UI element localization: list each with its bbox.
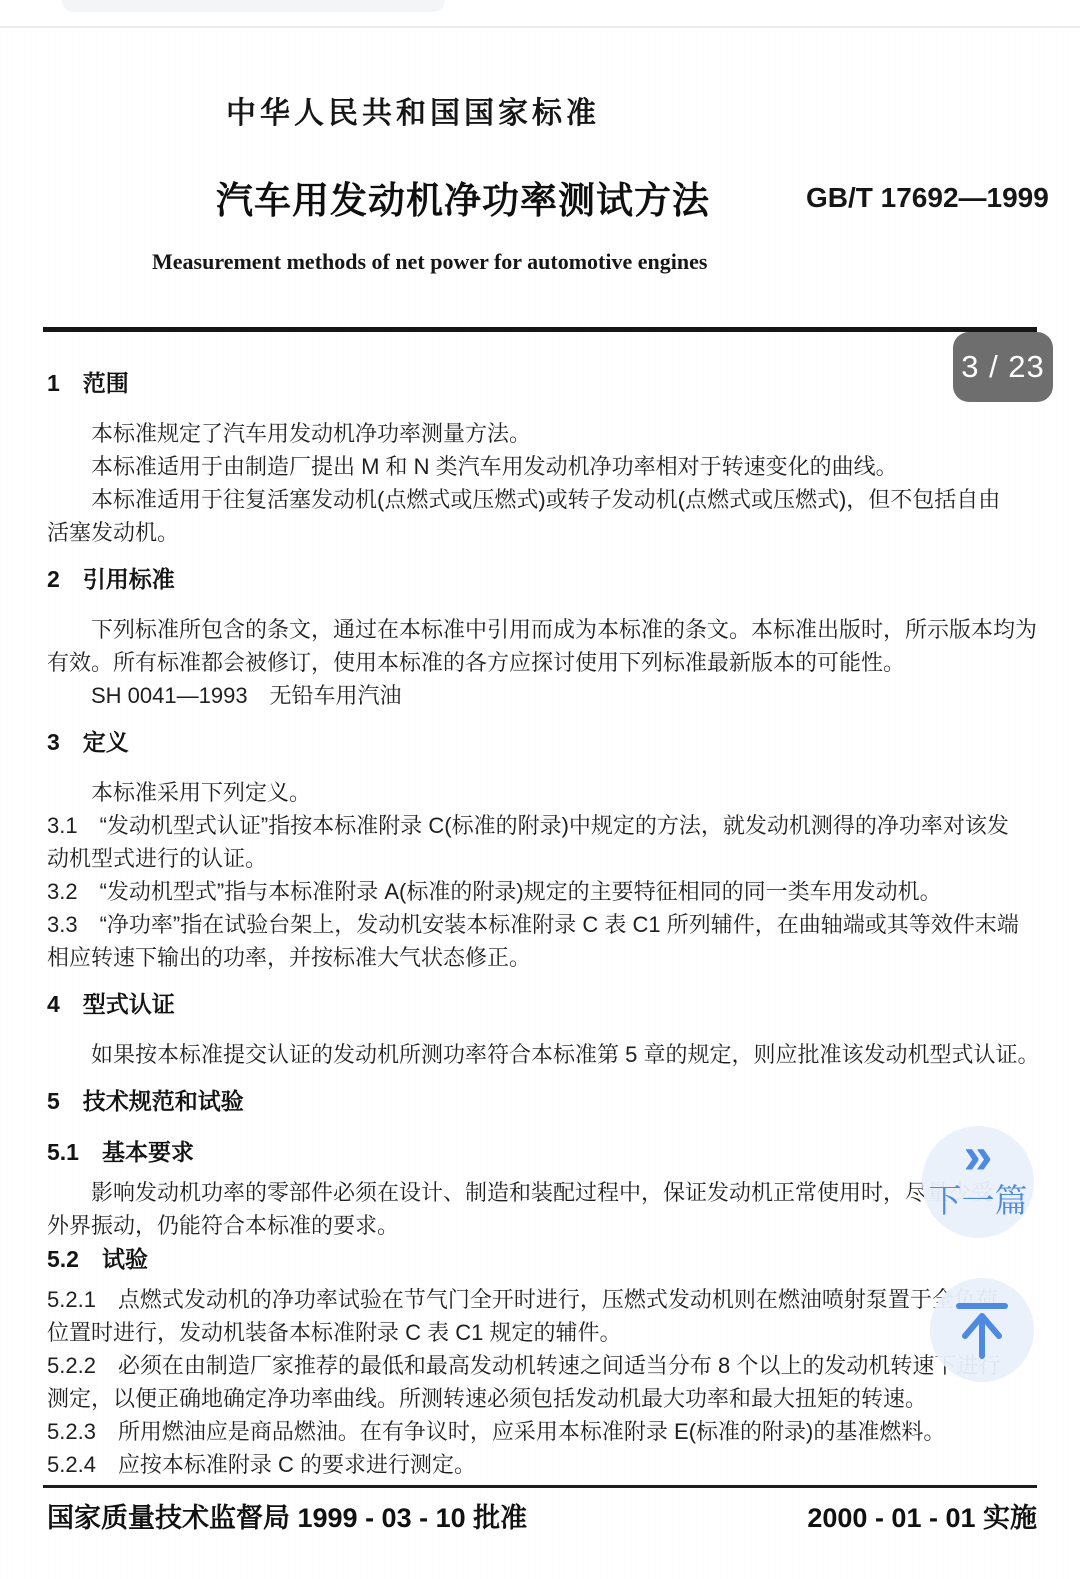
doc-heading: 5.1 基本要求: [47, 1135, 1052, 1169]
doc-heading: 1 范围: [47, 366, 1052, 400]
back-to-top-button[interactable]: [930, 1278, 1034, 1382]
standard-english-title: Measurement methods of net power for aut…: [152, 249, 707, 275]
top-bar-card: [62, 0, 445, 12]
header-divider: [43, 327, 1037, 332]
standard-title: 汽车用发动机净功率测试方法: [216, 170, 710, 224]
next-article-button[interactable]: » 下一篇: [922, 1126, 1034, 1238]
doc-body: 1 范围本标准规定了汽车用发动机净功率测量方法。本标准适用于由制造厂提出 M 和…: [47, 353, 1052, 1481]
doc-paragraph: 5.2.2 必须在由制造厂家推荐的最低和最高发动机转速之间适当分布 8 个以上的…: [47, 1349, 1052, 1415]
doc-paragraph: 如果按本标准提交认证的发动机所测功率符合本标准第 5 章的规定，则应批准该发动机…: [47, 1038, 1052, 1071]
top-app-bar: [0, 0, 1080, 28]
page-indicator-badge: 3 / 23: [953, 332, 1053, 402]
doc-paragraph: 3.3 “净功率”指在试验台架上，发动机安装本标准附录 C 表 C1 所列辅件，…: [47, 908, 1052, 974]
doc-paragraph: 5.2.1 点燃式发动机的净功率试验在节气门全开时进行，压燃式发动机则在燃油喷射…: [47, 1283, 1052, 1349]
doc-heading: 4 型式认证: [47, 987, 1052, 1021]
doc-paragraph: 本标准适用于由制造厂提出 M 和 N 类汽车用发动机净功率相对于转速变化的曲线。: [47, 450, 1052, 483]
doc-paragraph: 3.2 “发动机型式”指与本标准附录 A(标准的附录)规定的主要特征相同的同一类…: [47, 875, 1052, 908]
doc-paragraph: SH 0041—1993 无铅车用汽油: [47, 679, 1052, 712]
next-article-label: 下一篇: [929, 1184, 1028, 1219]
implementation-note: 2000 - 01 - 01 实施: [807, 1496, 1037, 1535]
arrow-up-to-line-icon: [953, 1299, 1011, 1361]
doc-paragraph: 本标准适用于往复活塞发动机(点燃式或压燃式)或转子发动机(点燃式或压燃式)，但不…: [47, 483, 1052, 549]
doc-paragraph: 下列标准所包含的条文，通过在本标准中引用而成为本标准的条文。本标准出版时，所示版…: [47, 613, 1052, 679]
doc-paragraph: 3.1 “发动机型式认证”指按本标准附录 C(标准的附录)中规定的方法，就发动机…: [47, 809, 1052, 875]
doc-paragraph: 影响发动机功率的零部件必须在设计、制造和装配过程中，保证发动机正常使用时，尽量少…: [47, 1176, 1052, 1242]
doc-paragraph: 本标准规定了汽车用发动机净功率测量方法。: [47, 417, 1052, 450]
doc-heading: 3 定义: [47, 725, 1052, 759]
doc-paragraph: 5.2.3 所用燃油应是商品燃油。在有争议时，应采用本标准附录 E(标准的附录)…: [47, 1415, 1052, 1448]
footer-divider: [43, 1485, 1037, 1488]
double-chevron-right-icon: »: [964, 1130, 993, 1182]
doc-paragraph: 本标准采用下列定义。: [47, 776, 1052, 809]
doc-heading: 5 技术规范和试验: [47, 1084, 1052, 1118]
standard-authority-heading: 中华人民共和国国家标准: [226, 88, 600, 132]
doc-paragraph: 5.2.4 应按本标准附录 C 的要求进行测定。: [47, 1448, 1052, 1481]
approval-note: 国家质量技术监督局 1999 - 03 - 10 批准: [47, 1496, 527, 1535]
doc-heading: 5.2 试验: [47, 1242, 1052, 1276]
doc-heading: 2 引用标准: [47, 562, 1052, 596]
standard-code: GB/T 17692—1999: [806, 182, 1049, 214]
